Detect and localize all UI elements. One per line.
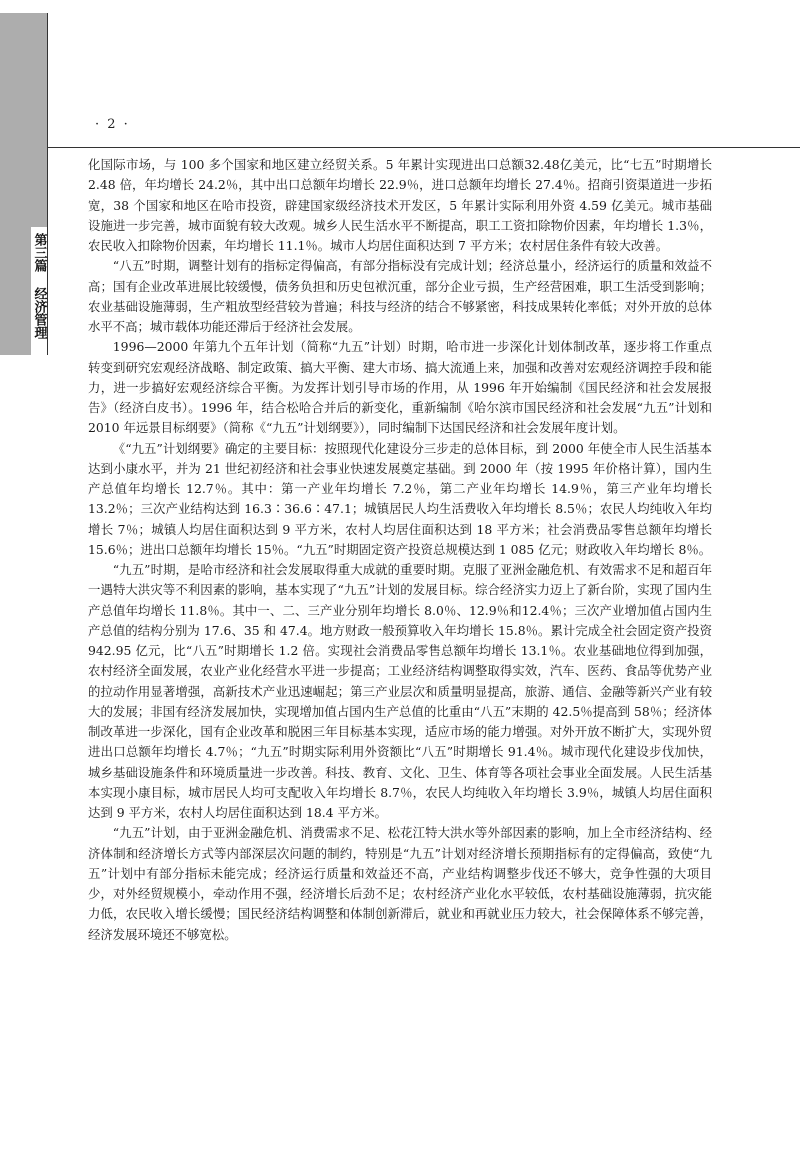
paragraph: “九五”计划，由于亚洲金融危机、消费需求不足、松花江特大洪水等外部因素的影响，加… [88, 823, 712, 945]
chapter-side-tab: 第三篇 经济管理 [31, 227, 48, 355]
paragraph: “九五”时期，是哈市经济和社会发展取得重大成就的重要时期。克服了亚洲金融危机、有… [88, 560, 712, 823]
paragraph: 1996—2000 年第九个五年计划（简称“九五”计划）时期，哈市进一步深化计划… [88, 337, 712, 438]
paragraph: 《“九五”计划纲要》确定的主要目标：按照现代化建设分三步走的总体目标，到 200… [88, 439, 712, 561]
chapter-side-label: 第三篇 经济管理 [32, 233, 47, 339]
body-text: 化国际市场，与 100 多个国家和地区建立经贸关系。5 年累计实现进出口总额32… [88, 155, 712, 945]
paragraph-continued: 化国际市场，与 100 多个国家和地区建立经贸关系。5 年累计实现进出口总额32… [88, 155, 712, 256]
page-number: · 2 · [95, 117, 130, 132]
header-rule [47, 147, 800, 148]
paragraph: “八五”时期，调整计划有的指标定得偏高，有部分指标没有完成计划；经济总量小，经济… [88, 256, 712, 337]
